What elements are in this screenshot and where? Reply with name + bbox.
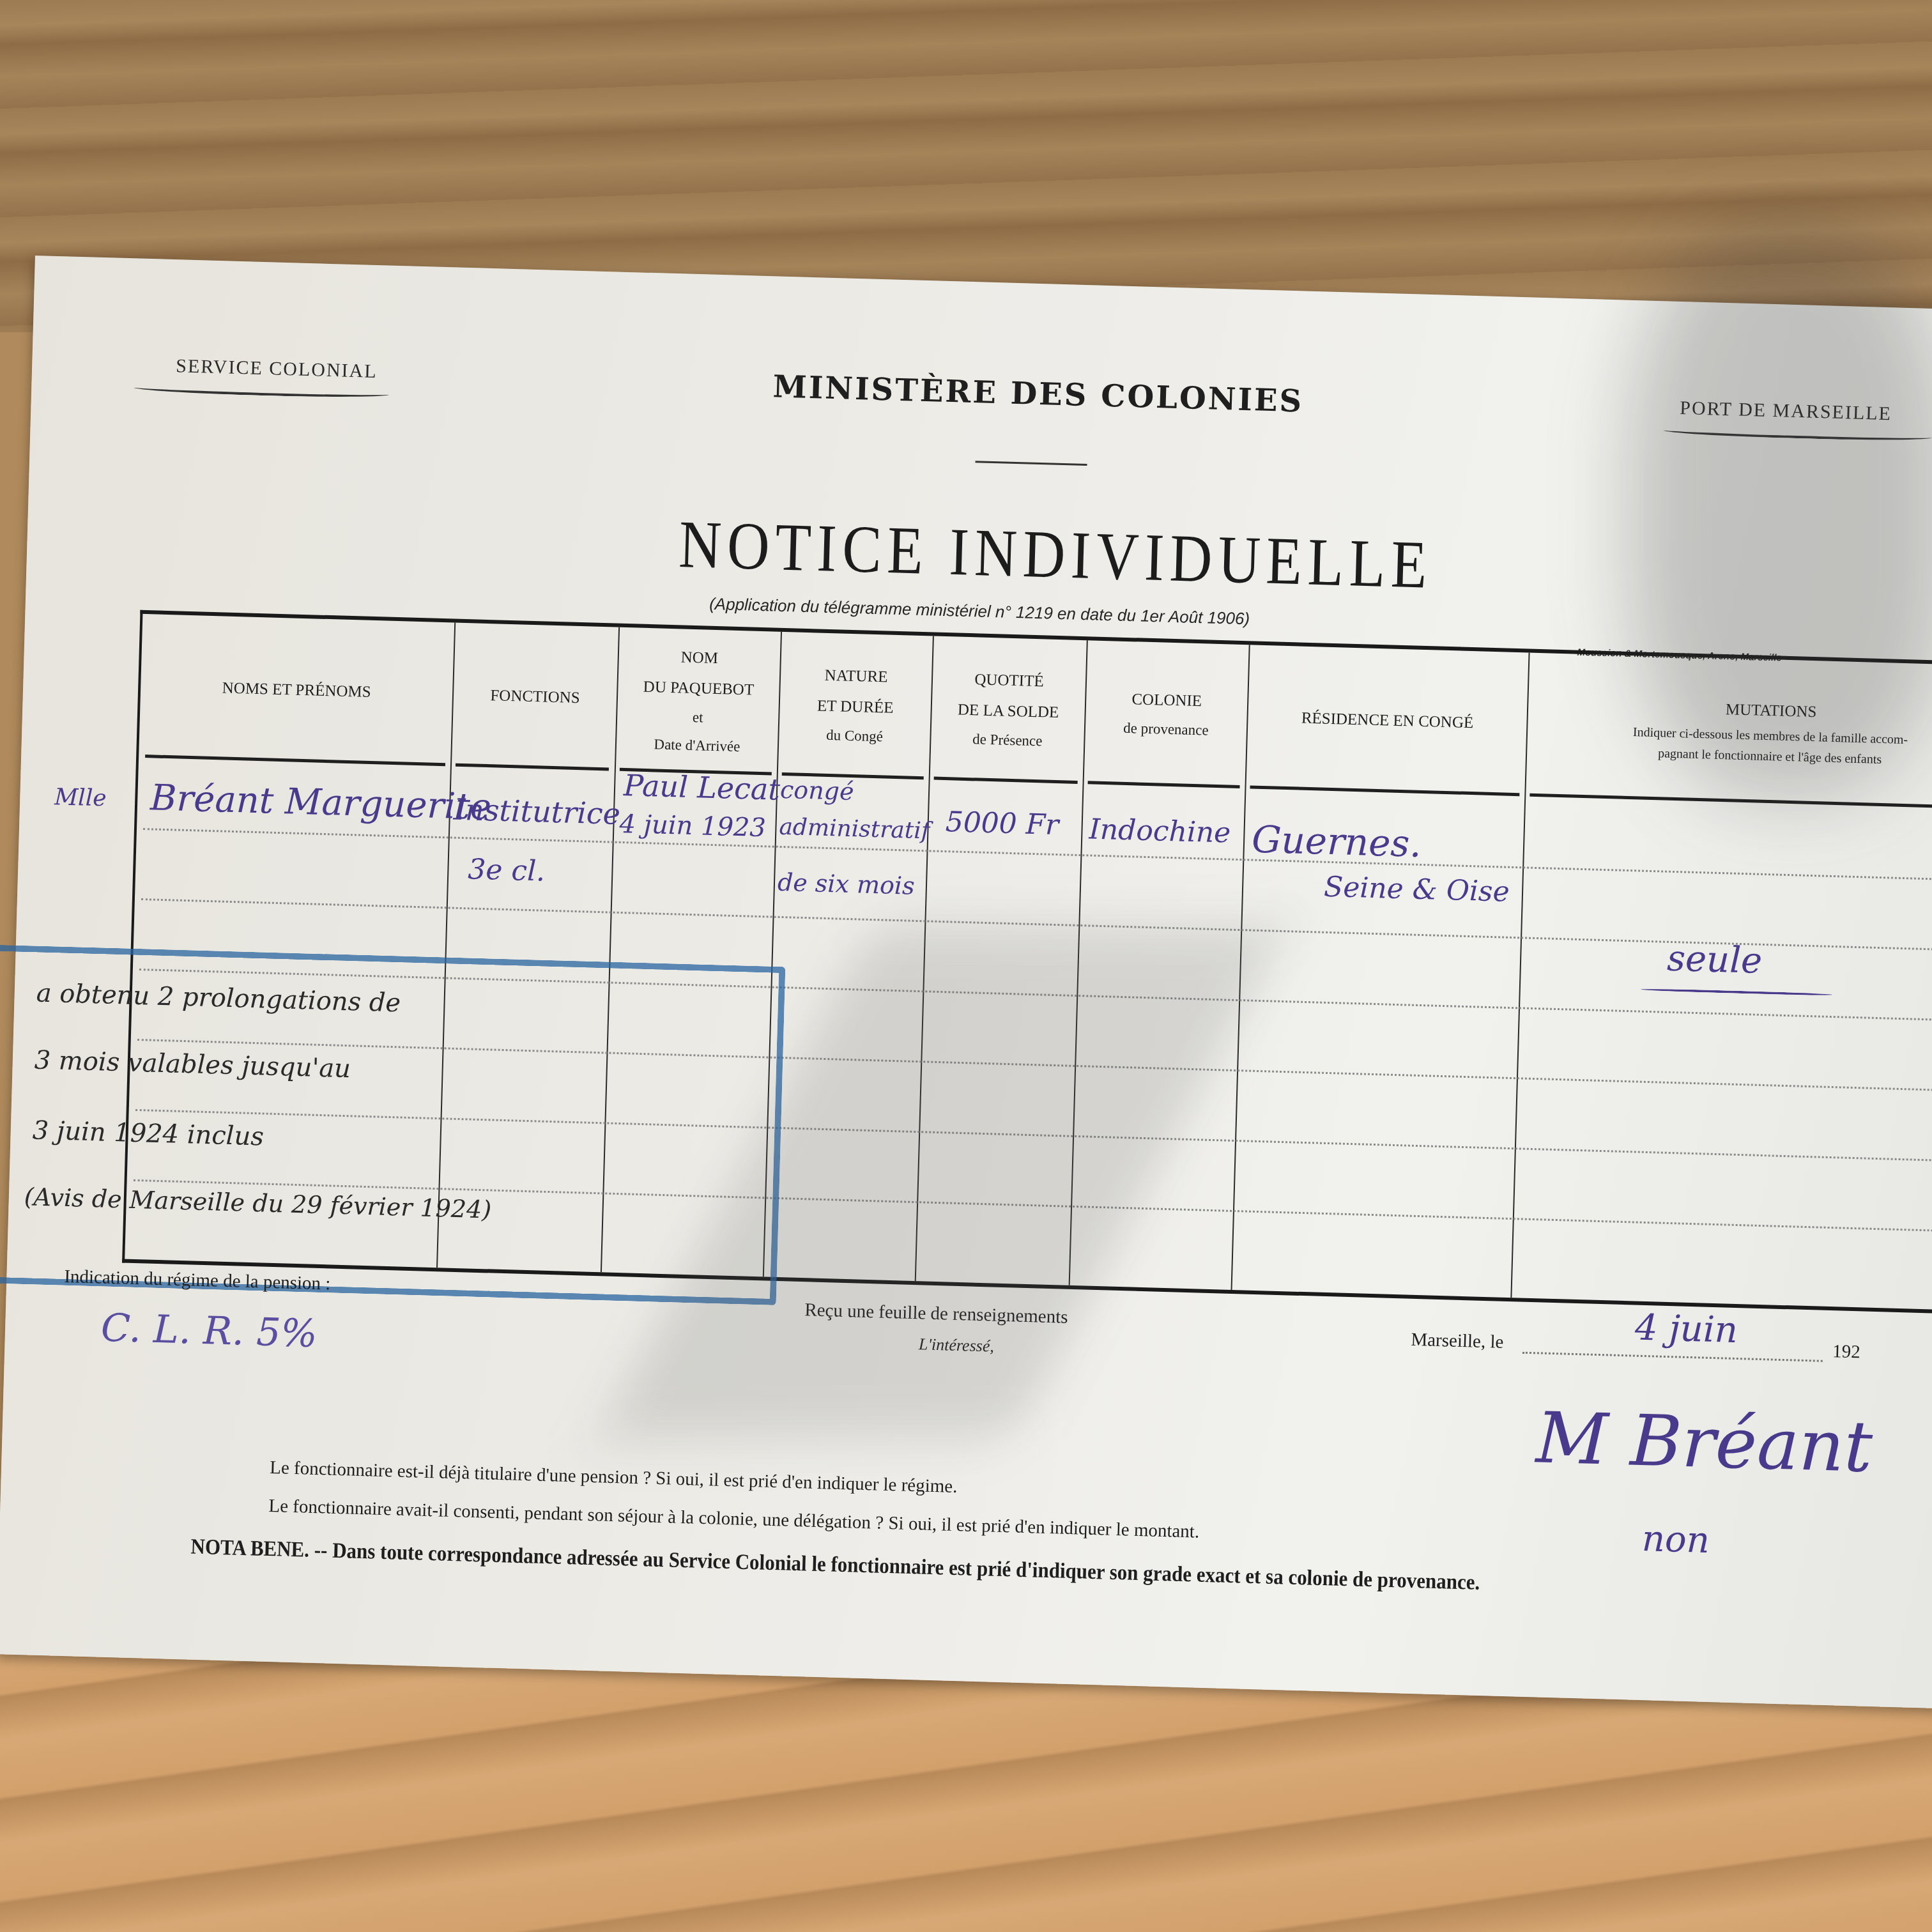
col-header-text: MUTATIONS (1725, 694, 1817, 727)
col-header-fonctions: FONCTIONS (452, 629, 618, 765)
arrival-date: 4 juin 1923 (619, 809, 767, 843)
header-rule (1088, 781, 1240, 788)
header-rule (934, 777, 1078, 784)
date-value: 4 juin (1634, 1307, 1738, 1351)
signature: M Bréant (1535, 1397, 1873, 1488)
recu-label: Reçu une feuille de renseignements (804, 1299, 1068, 1328)
question-pension: Le fonctionnaire est-il déjà titulaire d… (270, 1457, 958, 1498)
residence-town: Guernes. (1251, 818, 1422, 866)
date-line (1522, 1352, 1823, 1362)
col-header-colonie: COLONIE de provenance (1084, 647, 1249, 782)
col-header-residence: RÉSIDENCE EN CONGÉ (1246, 651, 1529, 790)
port-label: PORT DE MARSEILLE (1680, 397, 1892, 425)
solde-value: 5000 Fr (945, 806, 1059, 841)
flourish-divider-right (1663, 425, 1931, 442)
col-header-text: FONCTIONS (490, 680, 581, 713)
col-header-text: DU PAQUEBOT (643, 672, 755, 705)
nota-bene: NOTA BENE. -- Dans toute correspondance … (190, 1534, 1480, 1595)
paquebot-name: Paul Lecat (623, 768, 780, 807)
title-rule (976, 461, 1087, 466)
notice-document: SERVICE COLONIAL MINISTÈRE DES COLONIES … (0, 256, 1932, 1710)
col-header-text: et (692, 703, 703, 732)
col-header-text: de provenance (1123, 714, 1209, 744)
employee-name: Bréant Marguerite (149, 777, 491, 828)
col-header-text: RÉSIDENCE EN CONGÉ (1301, 703, 1474, 738)
col-header-quotite: QUOTITÉ DE LA SOLDE de Présence (930, 643, 1087, 778)
service-colonial-label: SERVICE COLONIAL (176, 355, 378, 383)
interesse-label: L'intéressé, (919, 1335, 995, 1356)
mutations-value: seule (1666, 938, 1763, 982)
title-prefix: Mlle (54, 784, 107, 811)
document-subtitle: (Application du télégramme ministériel n… (709, 594, 1250, 629)
year-prefix: 192 (1832, 1341, 1860, 1363)
col-header-text: NOM (680, 643, 719, 674)
delegation-answer: non (1641, 1518, 1710, 1561)
col-header-text: du Congé (826, 721, 884, 751)
col-header-text: DE LA SOLDE (957, 694, 1059, 728)
colonie-value: Indochine (1089, 813, 1231, 849)
blue-crayon-box (0, 944, 785, 1305)
header-rule (456, 763, 609, 771)
conge-duration: de six mois (777, 868, 915, 900)
flourish-divider (134, 383, 389, 399)
col-header-mutations: MUTATIONS Indiquer ci-dessous les membre… (1526, 659, 1932, 804)
document-title: NOTICE INDIVIDUELLE (678, 505, 1434, 604)
pension-value: C. L. R. 5% (100, 1306, 318, 1356)
col-header-text: NATURE (824, 661, 888, 693)
mutations-underline (1641, 988, 1832, 996)
ministry-heading: MINISTÈRE DES COLONIES (772, 369, 1304, 419)
col-header-text: QUOTITÉ (974, 664, 1045, 697)
conge-nature: congé (780, 776, 855, 806)
col-header-paquebot: NOM DU PAQUEBOT et Date d'Arrivée (616, 634, 781, 769)
col-header-text: de Présence (972, 725, 1043, 755)
conge-type: administratif (779, 814, 930, 845)
place-label: Marseille, le (1411, 1330, 1504, 1353)
col-header-text: NOMS ET PRÉNOMS (222, 673, 371, 707)
col-header-text: Date d'Arrivée (654, 730, 740, 760)
fonction-value: Institutrice (453, 792, 620, 831)
col-header-nature: NATURE ET DURÉE du Congé (778, 638, 933, 774)
col-header-noms: NOMS ET PRÉNOMS (139, 620, 454, 760)
question-delegation: Le fonctionnaire avait-il consenti, pend… (268, 1496, 1200, 1543)
fonction-class: 3e cl. (468, 853, 546, 887)
dotted-rule (141, 898, 1932, 953)
col-header-text: ET DURÉE (816, 691, 894, 723)
residence-department: Seine & Oise (1323, 871, 1510, 908)
col-header-text: COLONIE (1131, 684, 1202, 717)
